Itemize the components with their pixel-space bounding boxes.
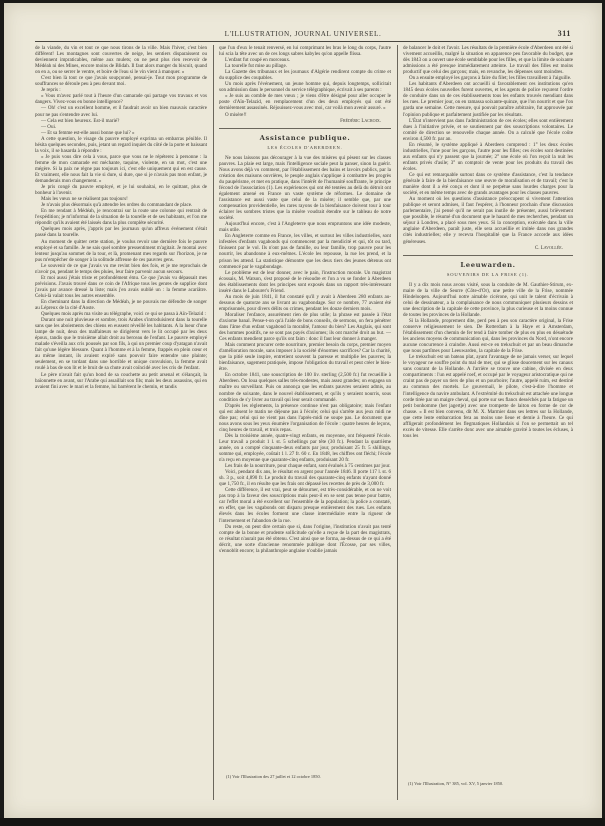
paragraph: En Angleterre comme en France, les ville…	[219, 233, 391, 269]
paragraph: En cheminant dans la direction de Médéah…	[35, 299, 207, 311]
section-title: Assistance publique.	[219, 135, 391, 141]
column-divider	[213, 45, 214, 800]
article-body: Ne nous laissons pas décourager à la vue…	[219, 155, 391, 554]
paragraph: de balancer le doit et l'avoir. Les résu…	[403, 45, 573, 75]
column-2: que l'un d'eux le tenait renversé, en lu…	[219, 45, 391, 805]
paragraph: Au mois de juin 1841, il fut constaté qu…	[219, 294, 391, 312]
paragraph: Je pris congé du pauvre employé, et je l…	[35, 184, 207, 196]
paragraph: C'est bien là tout ce que j'avais soupço…	[35, 75, 207, 87]
column-divider	[397, 45, 398, 800]
paragraph: Moraliser l'enfance, assurément rien de …	[219, 312, 391, 342]
paragraph: Durant une nuit pluvieuse et sombre, tro…	[35, 317, 207, 371]
paragraph: que l'un d'eux le tenait renversé, en lu…	[219, 45, 391, 57]
section-title: Leeuwarden.	[403, 262, 573, 268]
paragraph: — Oh! c'est un excellent homme, et il fa…	[35, 105, 207, 117]
article-body: que l'un d'eux le tenait renversé, en lu…	[219, 45, 391, 118]
column-1: de la viande, du vin et tout ce que nous…	[35, 45, 207, 815]
section-subtitle: LES ÉCOLES D'ABERDEEN.	[219, 145, 391, 151]
article-body: de la viande, du vin et tout ce que nous…	[35, 45, 207, 390]
page-number: 311	[558, 29, 571, 38]
paragraph: Du reste, on peut dire certain que si, d…	[219, 524, 391, 554]
paragraph: Le père n'avait fait qu'un bond de sa co…	[35, 372, 207, 390]
paragraph: Il y a dix mois nous avons visité, sous …	[403, 282, 573, 318]
paragraph: L'État n'intervient pas dans l'administr…	[403, 118, 573, 142]
article-body: Il y a dix mois nous avons visité, sous …	[403, 282, 573, 439]
paragraph: Le problème est de leur donner, avec le …	[219, 270, 391, 294]
paragraph: La Gazette des tribunaux et les journaux…	[219, 69, 391, 81]
paragraph: « Je puis vous dire cela à vous, parce q…	[35, 154, 207, 184]
newspaper-page: L'ILLUSTRATION, JOURNAL UNIVERSEL. 311 d…	[4, 3, 602, 818]
paragraph: En résumé, le système appliqué à Aberdee…	[403, 142, 573, 172]
paragraph: Voici, pendant dix ans, le résultat en a…	[219, 469, 391, 487]
paragraph: Quelques mois après, j'appris par les jo…	[35, 226, 207, 238]
paragraph: En octobre 1841, une souscription de 100…	[219, 372, 391, 402]
paragraph: A cette question, le visage du pauvre em…	[35, 136, 207, 154]
paragraph: Au moment où les questions d'assistance …	[403, 196, 573, 244]
paragraph: Les habitants d'Aberdeen ont accueilli s…	[403, 81, 573, 117]
footnote: (1) Voir l'Illustration des 27 juillet e…	[226, 774, 321, 779]
section-rule	[403, 255, 573, 256]
paragraph: de la viande, du vin et tout ce que nous…	[35, 45, 207, 75]
paragraph: Dès la troisième année, quatre-vingt enf…	[219, 433, 391, 463]
column-3: de balancer le doit et l'avoir. Les résu…	[403, 45, 573, 785]
author-signature: Frédéric Lacroix.	[219, 118, 391, 124]
paragraph: Ce qui est remarquable surtout dans ce s…	[403, 172, 573, 196]
paragraph: Le trekschuit est un bateau plat, ayant …	[403, 354, 573, 439]
article-body: de balancer le doit et l'avoir. Les résu…	[403, 45, 573, 245]
footnote: (1) Voir l'Illustration, N° 385, vol. XV…	[408, 781, 503, 786]
paragraph: « Je suis au comble de mes vœux ; je vie…	[219, 93, 391, 111]
paragraph: Et moi aussi j'étais triste et profondém…	[35, 275, 207, 299]
paragraph: Ne nous laissons pas décourager à la vue…	[219, 155, 391, 222]
section-rule	[219, 128, 391, 129]
paragraph: Cette différence, il est vrai, peut se d…	[219, 487, 391, 523]
paragraph: Mais comment procurer cette nourriture, …	[219, 342, 391, 372]
paragraph: Aujourd'hui encore, c'est à l'Angleterre…	[219, 221, 391, 233]
paragraph: « Vous m'avez parlé tout à l'heure d'un …	[35, 93, 207, 105]
paragraph: Un mois après l'événement, un jeune homm…	[219, 81, 391, 93]
paragraph: En me rendant à Médéah, je rencontrai su…	[35, 208, 207, 226]
paragraph: Si la Hollande, proprement dite, perd pe…	[403, 318, 573, 354]
author-signature: C. Lavollée.	[403, 245, 573, 251]
running-title: L'ILLUSTRATION, JOURNAL UNIVERSEL.	[35, 30, 571, 38]
paragraph: D'après les règlements, la présence cont…	[219, 403, 391, 433]
scan-edge	[0, 818, 605, 826]
section-subtitle: SOUVENIRS DE LA FRISE (1).	[403, 272, 573, 278]
paragraph: Au moment de quitter cette station, je v…	[35, 239, 207, 263]
header-rule	[35, 41, 571, 42]
paragraph: Le souvenir de ce que j'avais vu me revi…	[35, 263, 207, 275]
